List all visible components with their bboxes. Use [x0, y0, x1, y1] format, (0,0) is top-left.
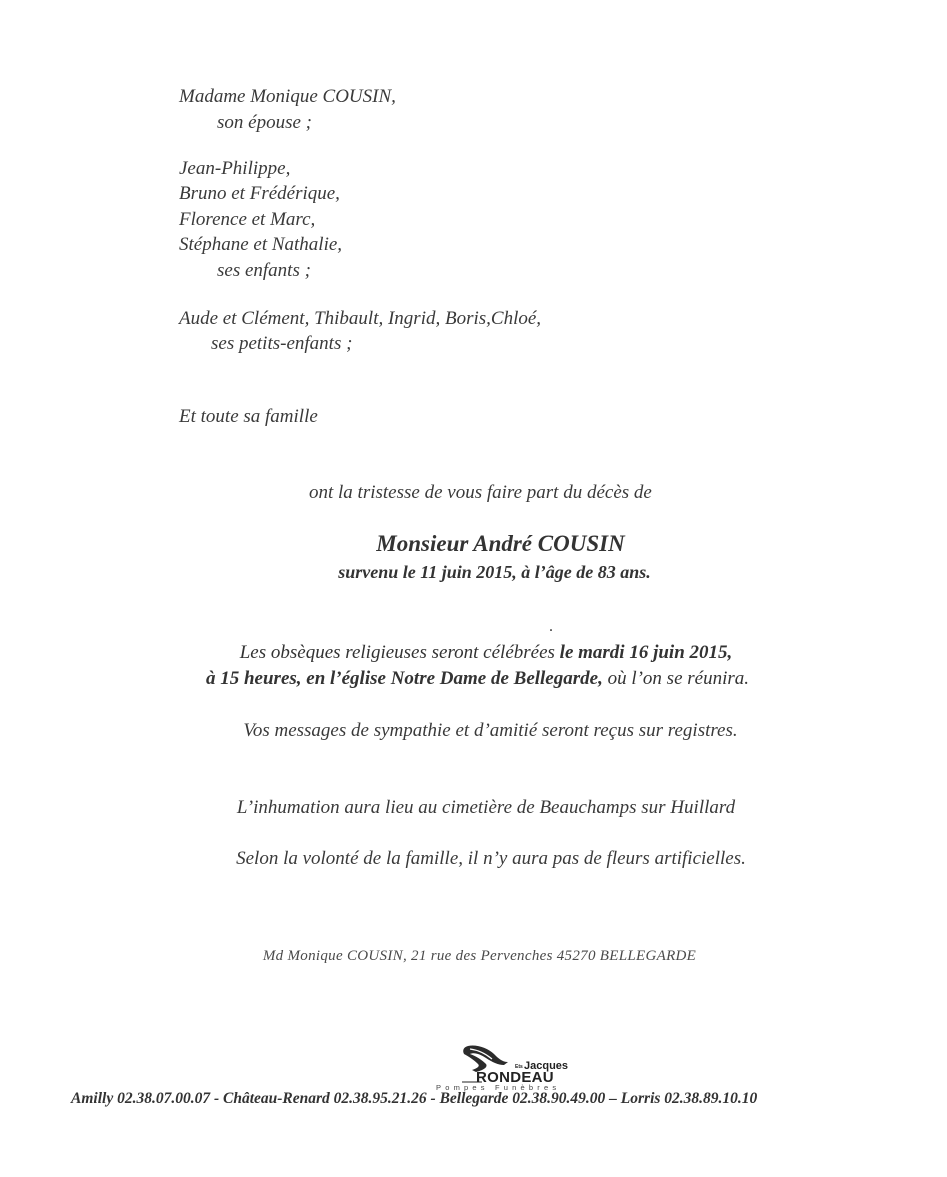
ceremony-line-1: Les obsèques religieuses seront célébrée…	[0, 640, 947, 665]
wing-icon: Ets Jacques RONDEAU Pompes Funèbres	[432, 1042, 568, 1092]
ceremony-line-2: à 15 heures, en l’église Notre Dame de B…	[0, 666, 947, 691]
announcement-intro: ont la tristesse de vous faire part du d…	[309, 480, 652, 505]
flowers-notice: Selon la volonté de la famille, il n’y a…	[0, 846, 947, 871]
spouse-relation: son épouse ;	[217, 110, 312, 135]
children-relation: ses enfants ;	[217, 258, 311, 283]
ceremony-date: le mardi 16 juin 2015,	[560, 642, 733, 663]
branch-contacts: Amilly 02.38.07.00.07 - Château-Renard 0…	[71, 1090, 757, 1108]
child-name: Jean-Philippe,	[179, 156, 290, 181]
spouse-name: Madame Monique COUSIN,	[179, 84, 396, 109]
ceremony-text: Les obsèques religieuses seront célébrée…	[240, 642, 560, 663]
family-address: Md Monique COUSIN, 21 rue des Pervenches…	[0, 948, 947, 965]
ceremony-time-place: à 15 heures, en l’église Notre Dame de B…	[206, 668, 603, 689]
grandchildren-names: Aude et Clément, Thibault, Ingrid, Boris…	[179, 306, 541, 331]
separator-dot: .	[549, 618, 553, 636]
extended-family: Et toute sa famille	[179, 404, 318, 429]
funeral-home-logo: Ets Jacques RONDEAU Pompes Funèbres	[432, 1042, 568, 1092]
ceremony-gathering: où l’on se réunira.	[603, 668, 749, 689]
condolence-messages: Vos messages de sympathie et d’amitié se…	[0, 718, 947, 743]
death-details: survenu le 11 juin 2015, à l’âge de 83 a…	[0, 562, 947, 583]
burial-info: L’inhumation aura lieu au cimetière de B…	[0, 795, 947, 820]
deceased-name: Monsieur André COUSIN	[0, 531, 947, 557]
child-name: Florence et Marc,	[179, 207, 315, 232]
grandchildren-relation: ses petits-enfants ;	[211, 331, 352, 356]
child-name: Bruno et Frédérique,	[179, 181, 340, 206]
child-name: Stéphane et Nathalie,	[179, 232, 342, 257]
